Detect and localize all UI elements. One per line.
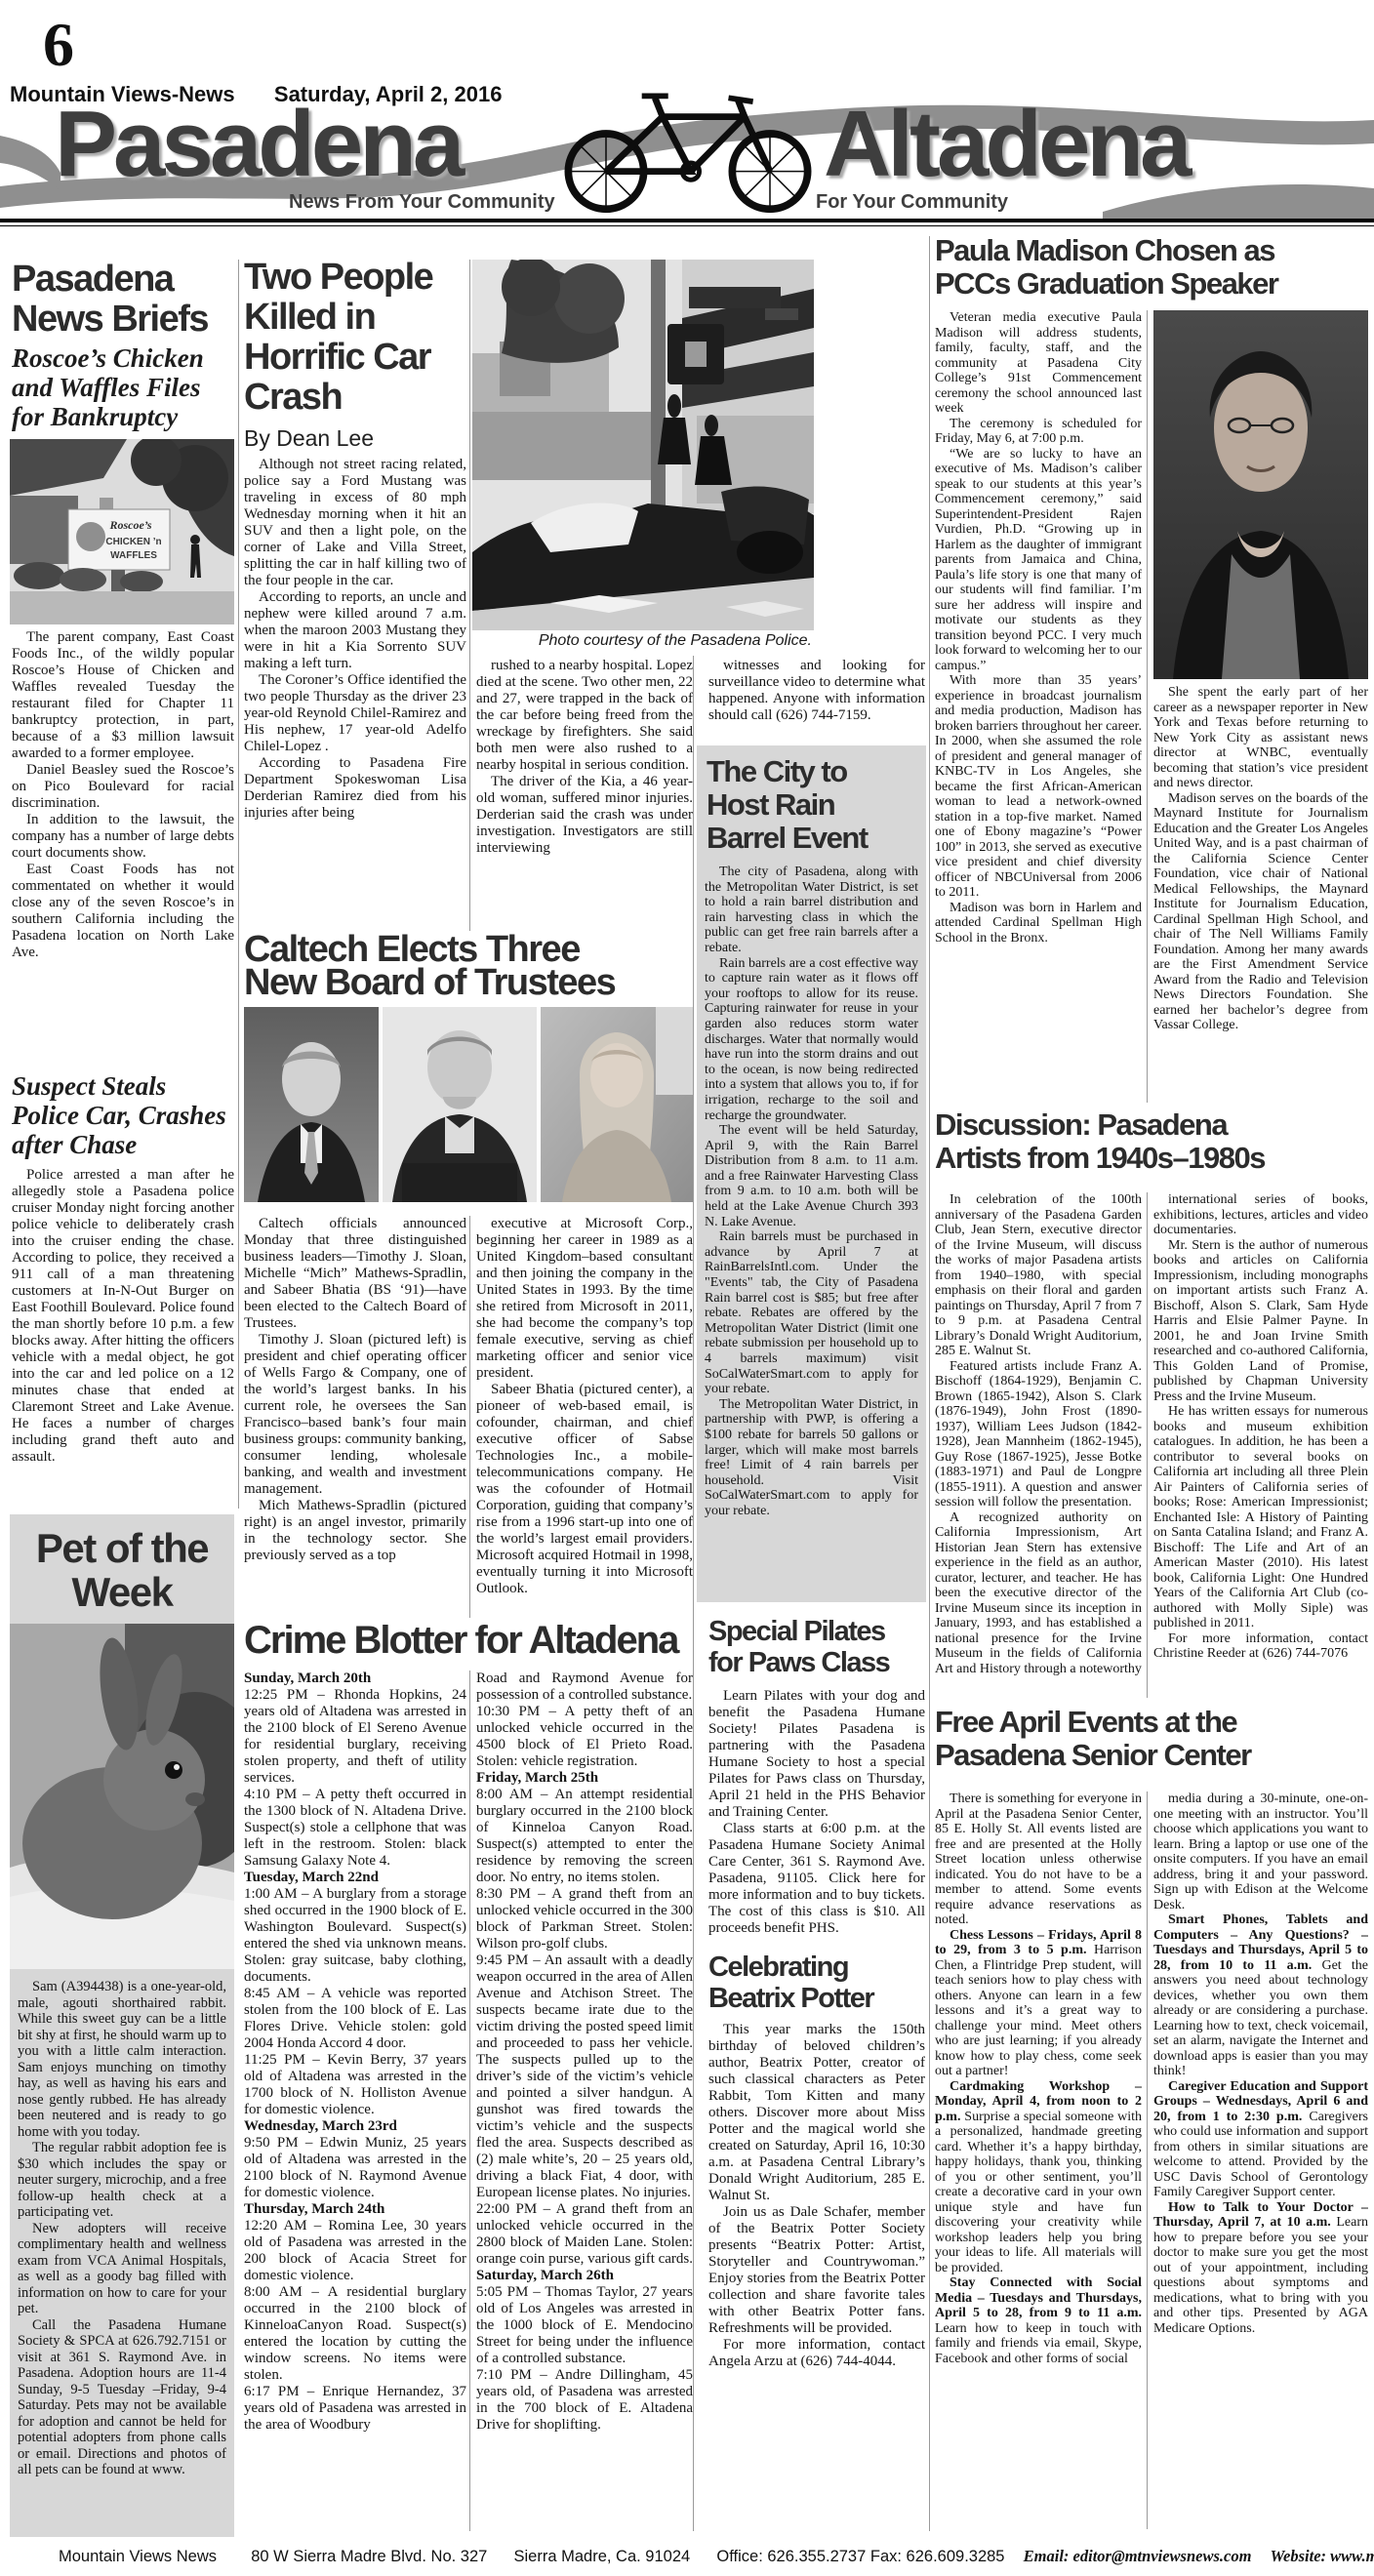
column-rule <box>469 260 470 931</box>
rain-barrel-box: The City to Host Rain Barrel Event The c… <box>697 745 926 1602</box>
paragraph: 9:50 PM – Edwin Muniz, 25 years old of A… <box>244 2135 466 2201</box>
paragraph: Learn Pilates with your dog and benefit … <box>708 1688 925 1821</box>
date-header: Thursday, March 24th <box>244 2201 466 2218</box>
paragraph: A recognized authority on California Imp… <box>935 1510 1142 1677</box>
paragraph: executive at Microsoft Corp., beginning … <box>476 1216 693 1382</box>
trustee-bhatia-photo <box>383 1007 537 1202</box>
footer-address: 80 W Sierra Madre Blvd. No. 327 <box>251 2548 487 2565</box>
suspect-subhead: Suspect Steals Police Car, Crashes after… <box>12 1071 234 1159</box>
paula-col1: Veteran media executive Paula Madison wi… <box>935 310 1142 1103</box>
pet-of-week-body: Sam (A394438) is a one-year-old, male, a… <box>18 1979 226 2525</box>
paragraph: “We are so lucky to have an executive of… <box>935 447 1142 674</box>
paragraph: Madison serves on the boards of the Mayn… <box>1153 791 1368 1033</box>
paragraph: Class starts at 6:00 p.m. at the Pasaden… <box>708 1821 925 1937</box>
paragraph: Cardmaking Workshop – Monday, April 4, f… <box>935 2079 1142 2276</box>
paragraph: 12:20 AM – Romina Lee, 30 years old of P… <box>244 2218 466 2284</box>
paragraph: 4:10 PM – A petty theft occurred in the … <box>244 1787 466 1870</box>
roscoes-photo: Roscoe’s CHICKEN ’n WAFFLES <box>10 439 234 624</box>
paragraph: witnesses and looking for surveillance v… <box>708 658 925 724</box>
crash-continued-left: rushed to a nearby hospital. Lopez died … <box>476 658 693 939</box>
bicycle-icon <box>551 78 825 217</box>
paragraph: The city of Pasadena, along with the Met… <box>705 865 918 956</box>
paragraph: In celebration of the 100th anniversary … <box>935 1192 1142 1359</box>
roscoes-subhead: Roscoe’s Chicken and Waffles Files for B… <box>12 343 234 431</box>
date-header: Tuesday, March 22nd <box>244 1870 466 1886</box>
beatrix-headline: Celebrating Beatrix Potter <box>708 1952 927 2014</box>
tagline-right: For Your Community <box>816 191 1008 214</box>
masthead-rule-thin <box>0 225 1374 226</box>
footer-email-link[interactable]: Email: editor@mtnviewsnews.com <box>1024 2547 1252 2565</box>
paragraph: Rain barrels must be purchased in advanc… <box>705 1229 918 1397</box>
paragraph: media during a 30-minute, one-on-one mee… <box>1153 1791 1368 1912</box>
paragraph: She spent the early part of her career a… <box>1153 685 1368 791</box>
crime-blotter-col2: Road and Raymond Avenue for possession o… <box>476 1670 693 2529</box>
crash-continued-right: witnesses and looking for surveillance v… <box>708 658 925 744</box>
paragraph: According to Pasadena Fire Department Sp… <box>244 755 466 822</box>
paula-headline: Paula Madison Chosen as PCCs Graduation … <box>935 234 1372 301</box>
paragraph: With more than 35 years’ experience in b… <box>935 673 1142 901</box>
paragraph: 5:05 PM – Thomas Taylor, 27 years old of… <box>476 2284 693 2367</box>
rain-barrel-title: The City to Host Rain Barrel Event <box>707 755 926 855</box>
tagline-left: News From Your Community <box>289 191 555 214</box>
paragraph: The ceremony is scheduled for Friday, Ma… <box>935 417 1142 447</box>
footer-paper-name: Mountain Views News <box>59 2548 217 2565</box>
column-rule <box>469 1670 470 2531</box>
senior-col2: media during a 30-minute, one-on-one mee… <box>1153 1791 1368 2529</box>
masthead-altadena: Altadena <box>824 98 1188 191</box>
crash-photo-caption: Photo courtesy of the Pasadena Police. <box>472 632 812 650</box>
paragraph: 12:25 PM – Rhonda Hopkins, 24 years old … <box>244 1687 466 1787</box>
pilates-headline: Special Pilates for Paws Class <box>708 1616 927 1678</box>
crash-body: Although not street racing related, poli… <box>244 457 466 933</box>
paragraph: Mr. Stern is the author of numerous book… <box>1153 1238 1368 1405</box>
paragraph: The driver of the Kia, a 46 year-old wom… <box>476 774 693 857</box>
artists-headline: Discussion: Pasadena Artists from 1940s–… <box>935 1108 1372 1175</box>
footer-phone: Office: 626.355.2737 Fax: 626.609.3285 <box>716 2548 1004 2565</box>
paragraph: Although not street racing related, poli… <box>244 457 466 589</box>
paragraph: The Coroner’s Office identified the two … <box>244 672 466 755</box>
paragraph: The event will be held Saturday, April 9… <box>705 1123 918 1229</box>
paragraph: Sam (A394438) is a one-year-old, male, a… <box>18 1979 226 2140</box>
pet-of-week-title: Pet of the Week <box>10 1526 234 1614</box>
artists-col1: In celebration of the 100th anniversary … <box>935 1192 1142 1696</box>
paragraph: The parent company, East Coast Foods Inc… <box>12 629 234 762</box>
caltech-col2: executive at Microsoft Corp., beginning … <box>476 1216 693 1618</box>
rain-barrel-body: The city of Pasadena, along with the Met… <box>705 865 918 1594</box>
paragraph: 10:30 PM – A petty theft of an unlocked … <box>476 1704 693 1770</box>
paragraph: 22:00 PM – A grand theft from an unlocke… <box>476 2201 693 2268</box>
column-rule <box>469 1216 470 1618</box>
newspaper-page: 6 Mountain Views-News Saturday, April 2,… <box>0 0 1374 2576</box>
paragraph: 8:00 AM – An attempt residential burglar… <box>476 1787 693 1886</box>
roscoes-sign-line1: Roscoe’s <box>108 518 151 532</box>
paragraph: Mich Mathews-Spradlin (pictured right) i… <box>244 1498 466 1564</box>
footer-city: Sierra Madre, Ca. 91024 <box>514 2548 691 2565</box>
paragraph: Rain barrels are a cost effective way to… <box>705 956 918 1124</box>
paragraph: Call the Pasadena Humane Society & SPCA … <box>18 2317 226 2478</box>
crash-headline: Two People Killed in Horrific Car Crash <box>244 258 466 418</box>
roscoes-sign-line2: CHICKEN ’n <box>105 537 161 547</box>
suspect-body: Police arrested a man after he allegedly… <box>12 1167 234 1509</box>
paragraph: 11:25 PM – Kevin Berry, 37 years old of … <box>244 2052 466 2118</box>
page-number: 6 <box>43 16 74 74</box>
paragraph: 8:45 AM – A vehicle was reported stolen … <box>244 1986 466 2052</box>
paragraph: This year marks the 150th birthday of be… <box>708 2022 925 2204</box>
paragraph: 8:00 AM – A residential burglary occurre… <box>244 2284 466 2384</box>
paragraph: He has written essays for numerous books… <box>1153 1404 1368 1631</box>
paragraph: Road and Raymond Avenue for possession o… <box>476 1670 693 1704</box>
paula-madison-photo <box>1153 310 1368 679</box>
paragraph: The regular rabbit adoption fee is $30 w… <box>18 2140 226 2221</box>
date-header: Wednesday, March 23rd <box>244 2118 466 2135</box>
paragraph: Sabeer Bhatia (pictured center), a pione… <box>476 1382 693 1597</box>
paragraph: Madison was born in Harlem and attended … <box>935 901 1142 946</box>
crash-photo <box>472 260 814 630</box>
paragraph: Caltech officials announced Monday that … <box>244 1216 466 1332</box>
paragraph: East Coast Foods has not commentated on … <box>12 862 234 961</box>
paragraph: For more information, contact Christine … <box>1153 1631 1368 1662</box>
caltech-col1: Caltech officials announced Monday that … <box>244 1216 466 1618</box>
paragraph: 6:17 PM – Enrique Hernandez, 37 years ol… <box>244 2384 466 2434</box>
paragraph: Chess Lessons – Fridays, April 8 to 29, … <box>935 1928 1142 2079</box>
beatrix-body: This year marks the 150th birthday of be… <box>708 2022 925 2529</box>
masthead-rule-thick <box>0 219 1374 222</box>
date-header: Saturday, March 26th <box>476 2268 693 2284</box>
column-rule <box>929 236 930 2531</box>
paragraph: Police arrested a man after he allegedly… <box>12 1167 234 1466</box>
footer-website-link[interactable]: Website: www.mtnviewsnews.com <box>1271 2547 1374 2565</box>
trustee-mathews-photo <box>541 1007 693 1202</box>
news-briefs-body: The parent company, East Coast Foods Inc… <box>12 629 234 1073</box>
paragraph: international series of books, exhibitio… <box>1153 1192 1368 1238</box>
footer: Mountain Views News 80 W Sierra Madre Bl… <box>59 2547 1374 2566</box>
paragraph: Smart Phones, Tablets and Computers – An… <box>1153 1912 1368 2079</box>
paragraph: rushed to a nearby hospital. Lopez died … <box>476 658 693 774</box>
paragraph: How to Talk to Your Doctor – Thursday, A… <box>1153 2200 1368 2337</box>
date-header: Sunday, March 20th <box>244 1670 466 1687</box>
caltech-headline: Caltech Elects Three New Board of Truste… <box>244 933 695 999</box>
column-rule <box>1147 1192 1148 1698</box>
senior-col1: There is something for everyone in April… <box>935 1791 1142 2529</box>
roscoes-sign-line3: WAFFLES <box>110 550 157 561</box>
paragraph: Veteran media executive Paula Madison wi… <box>935 310 1142 417</box>
date-header: Friday, March 25th <box>476 1770 693 1787</box>
rabbit-photo <box>10 1624 234 1969</box>
trustee-sloan-photo <box>244 1007 379 1202</box>
paragraph: New adopters will receive complimentary … <box>18 2221 226 2317</box>
pet-of-week-box: Pet of the Week Sam (A394438) is a one-y… <box>10 1514 234 2537</box>
paragraph: Timothy J. Sloan (pictured left) is pres… <box>244 1332 466 1498</box>
paula-col2: She spent the early part of her career a… <box>1153 685 1368 1103</box>
paragraph: For more information, contact Angela Arz… <box>708 2337 925 2370</box>
paragraph: Daniel Beasley sued the Roscoe’s on Pico… <box>12 762 234 812</box>
masthead-pasadena: Pasadena <box>55 98 461 191</box>
crash-byline: By Dean Lee <box>244 425 374 452</box>
artists-col2: international series of books, exhibitio… <box>1153 1192 1368 1696</box>
paragraph: 1:00 AM – A burglary from a storage shed… <box>244 1886 466 1986</box>
column-rule <box>1147 1791 1148 2529</box>
column-rule <box>238 260 239 1509</box>
paragraph: 8:30 PM – A grand theft from an unlocked… <box>476 1886 693 1952</box>
pilates-body: Learn Pilates with your dog and benefit … <box>708 1688 925 1940</box>
paragraph: According to reports, an uncle and nephe… <box>244 589 466 672</box>
column-rule <box>1147 310 1148 1103</box>
news-briefs-headline: Pasadena News Briefs <box>12 260 234 340</box>
paragraph: The Metropolitan Water District, in part… <box>705 1397 918 1519</box>
paragraph: In addition to the lawsuit, the company … <box>12 812 234 862</box>
paragraph: Featured artists include Franz A. Bischo… <box>935 1359 1142 1510</box>
paragraph: There is something for everyone in April… <box>935 1791 1142 1928</box>
crime-blotter-col1: Sunday, March 20th12:25 PM – Rhonda Hopk… <box>244 1670 466 2529</box>
paragraph: Caregiver Education and Support Groups –… <box>1153 2079 1368 2200</box>
senior-headline: Free April Events at the Pasadena Senior… <box>935 1706 1372 1772</box>
paragraph: Stay Connected with Social Media – Tuesd… <box>935 2275 1142 2366</box>
crime-blotter-headline: Crime Blotter for Altadena <box>244 1620 695 1661</box>
paragraph: 7:10 PM – Andre Dillingham, 45 years old… <box>476 2367 693 2434</box>
paragraph: 9:45 PM – An assault with a deadly weapo… <box>476 1952 693 2201</box>
paragraph: Join us as Dale Schafer, member of the B… <box>708 2204 925 2337</box>
